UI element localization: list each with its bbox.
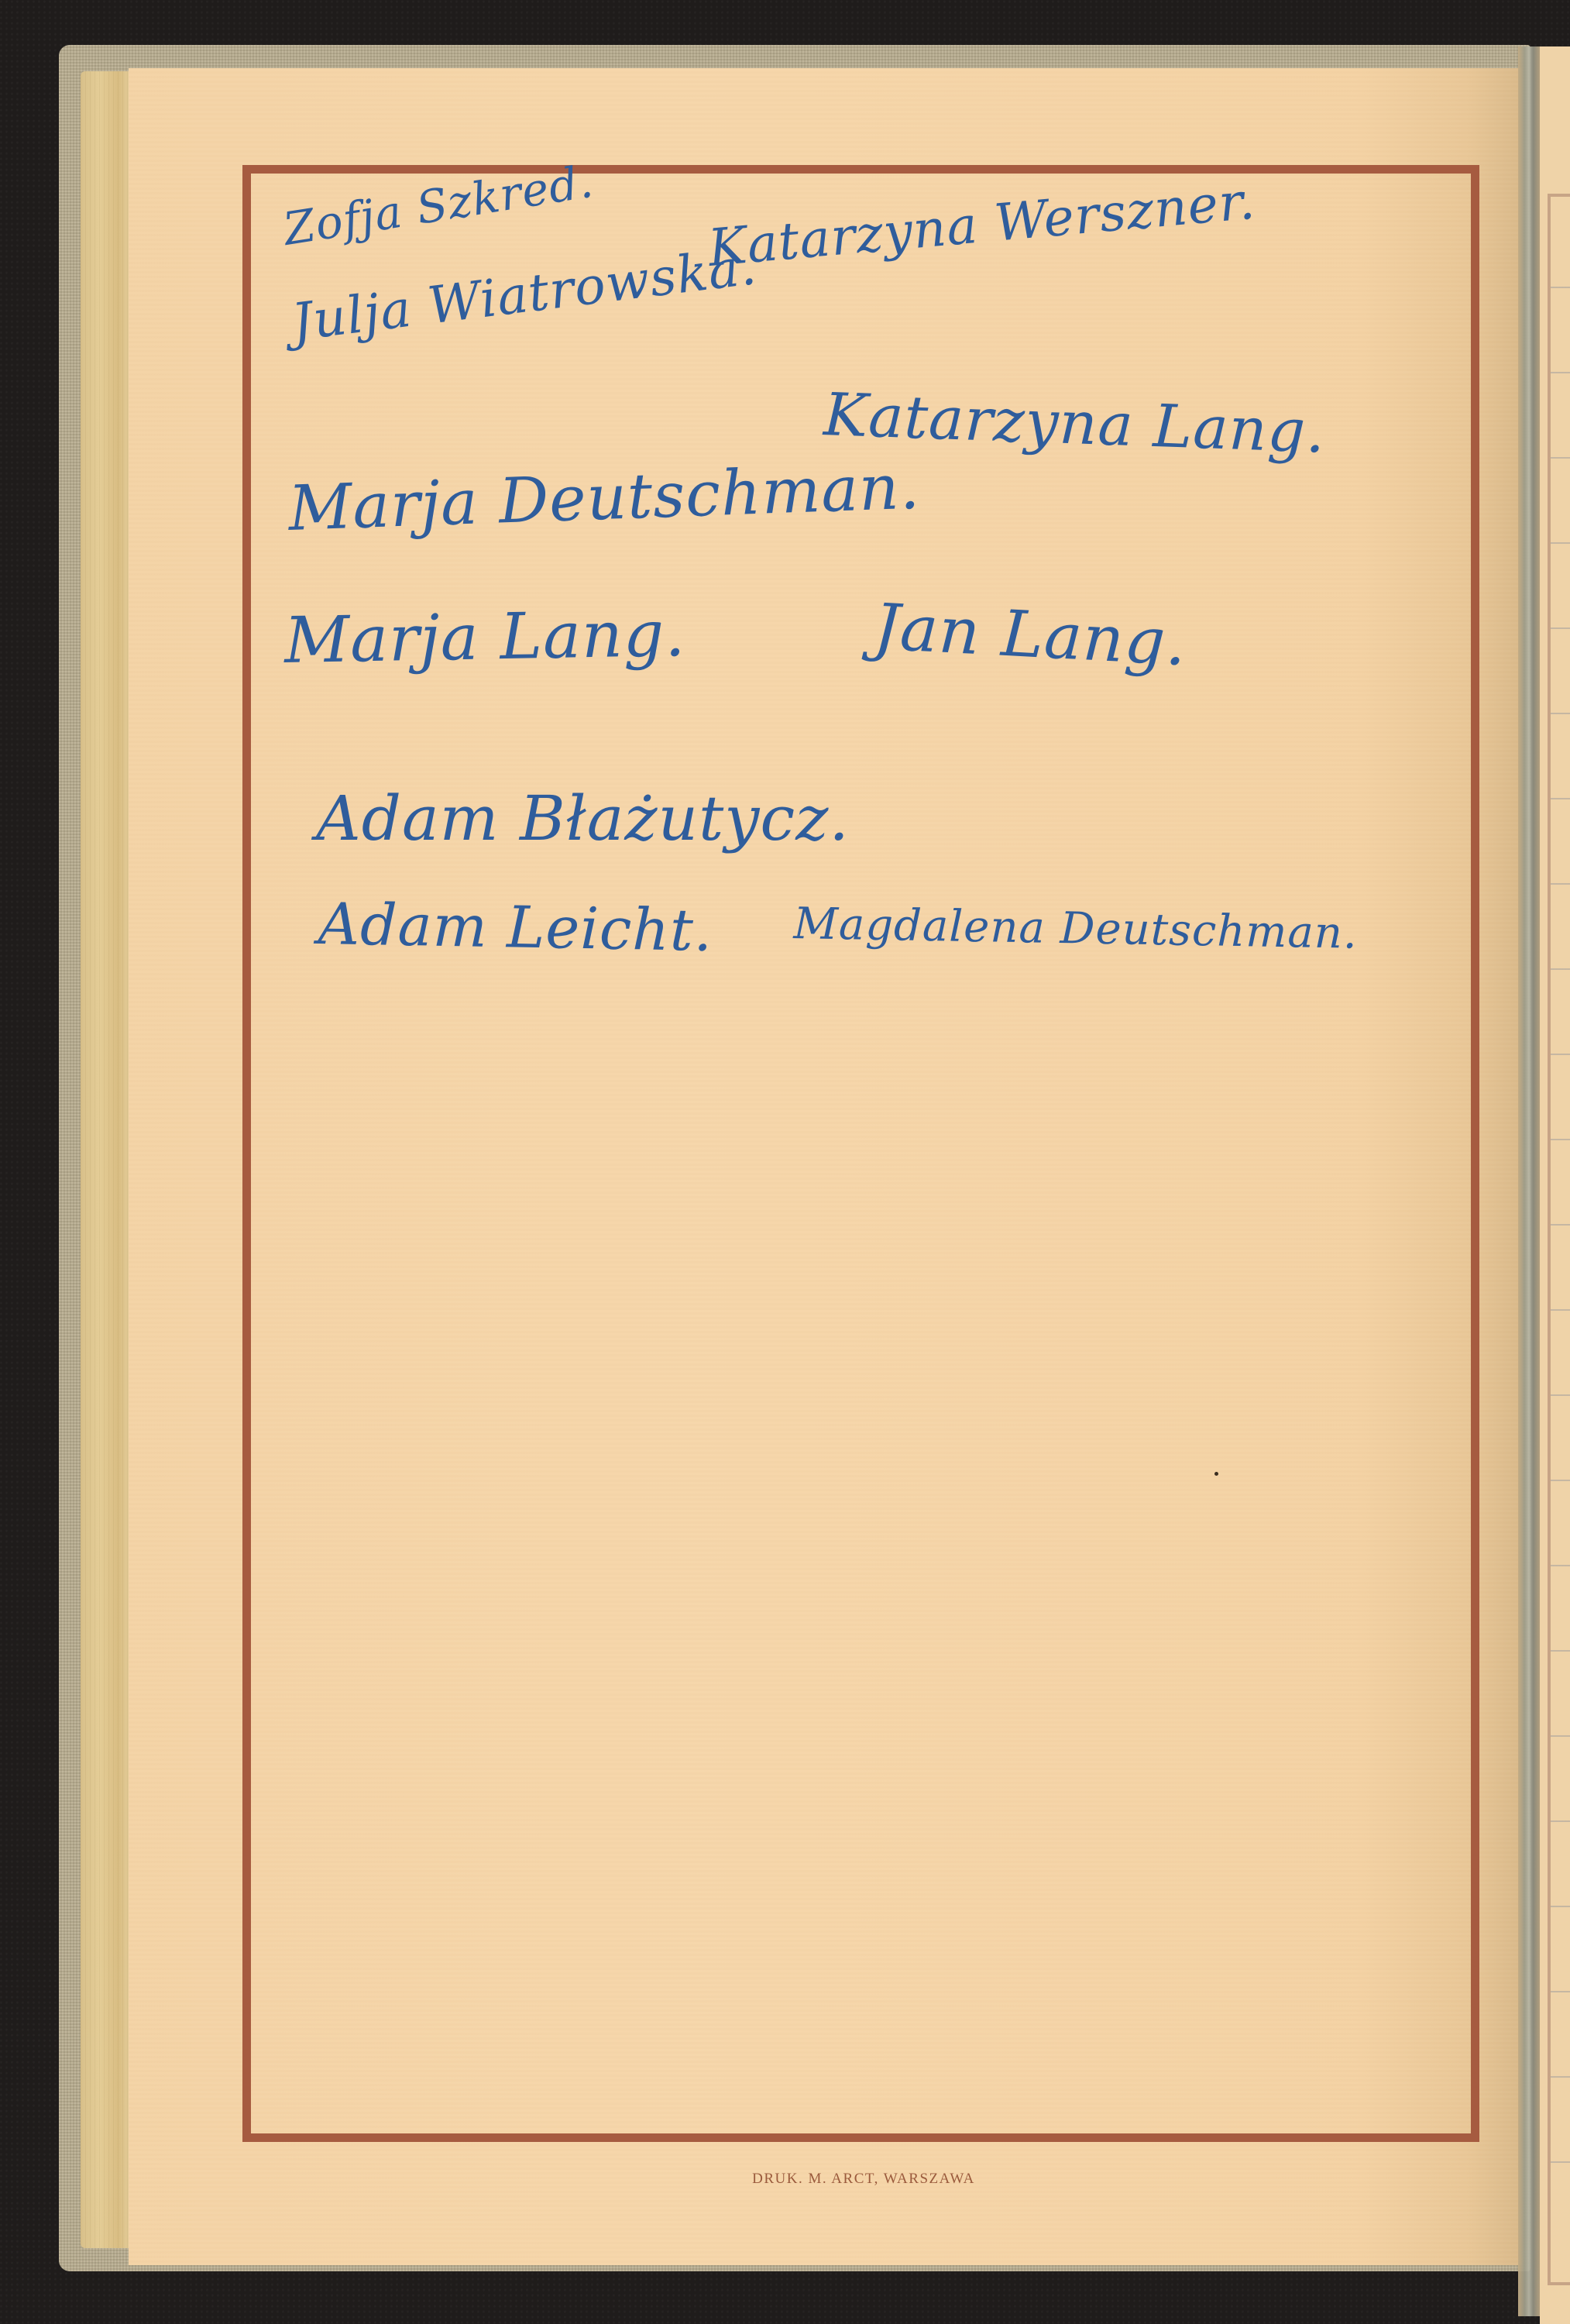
signature: Magdalena Deutschman.: [793, 899, 1358, 959]
signature: Zofja Szkred.: [280, 155, 596, 256]
book-gutter: [1518, 46, 1540, 2316]
adjacent-page-handwriting: [1551, 232, 1570, 2247]
signature: Jan Lang.: [872, 590, 1189, 680]
signature: Marja Deutschman.: [287, 451, 922, 545]
signature: Julja Wiatrowska.: [289, 236, 760, 352]
printer-imprint: DRUK. M. ARCT, WARSZAWA: [0, 2171, 1570, 2188]
signature: Adam Leicht.: [318, 891, 713, 964]
signature: Katarzyna Werszner.: [706, 171, 1258, 278]
signature: Marja Lang.: [283, 597, 686, 678]
signature: Adam Błażutycz.: [316, 782, 850, 854]
ink-speck: [1214, 1472, 1218, 1476]
adjacent-page-edge: [1540, 46, 1570, 2324]
signature-list: Zofja Szkred. Katarzyna Werszner. Julja …: [0, 0, 1570, 2324]
